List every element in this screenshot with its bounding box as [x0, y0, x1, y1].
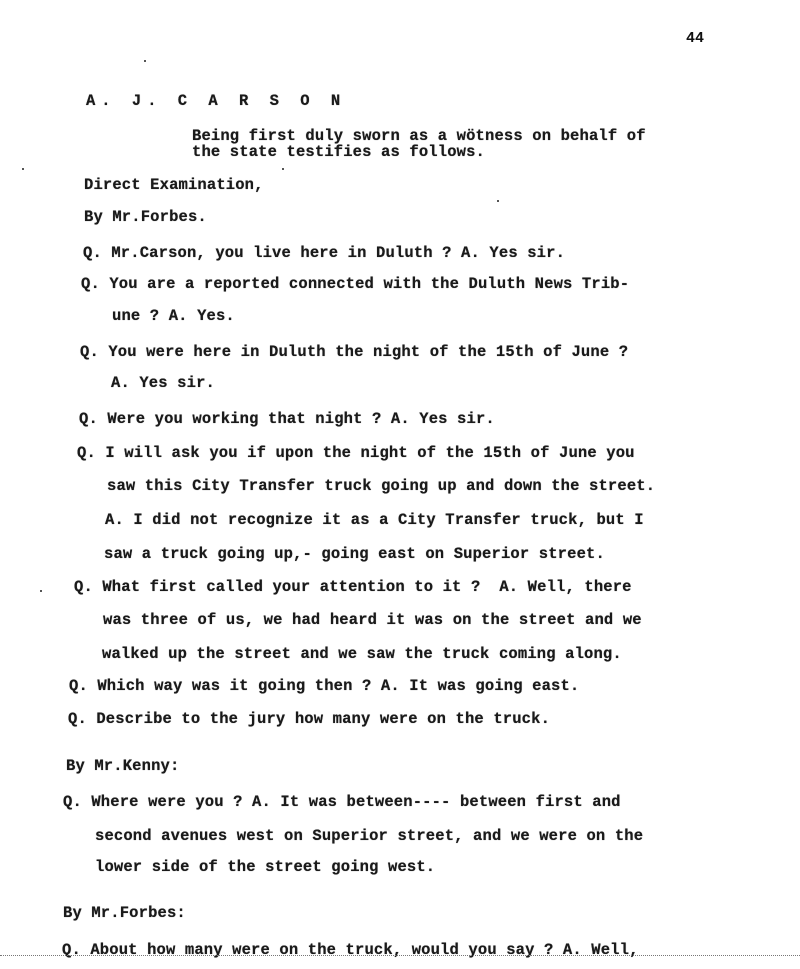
transcript-line: saw this City Transfer truck going up an…	[107, 477, 655, 495]
transcript-line: Q. You are a reported connected with the…	[81, 275, 629, 293]
transcript-line: Q. What first called your attention to i…	[74, 578, 632, 596]
scan-speck	[144, 60, 146, 62]
witness-name: A. J. C A R S O N	[86, 92, 346, 110]
heading-examiner-forbes: By Mr.Forbes.	[84, 208, 207, 226]
transcript-line: Q. Which way was it going then ? A. It w…	[69, 677, 579, 695]
transcript-line: walked up the street and we saw the truc…	[102, 645, 622, 663]
scan-speck	[40, 590, 42, 592]
transcript-line: saw a truck going up,- going east on Sup…	[104, 545, 605, 563]
transcript-line: was three of us, we had heard it was on …	[103, 611, 642, 629]
transcript-line: une ? A. Yes.	[112, 307, 235, 325]
transcript-page: 44 A. J. C A R S O N Being first duly sw…	[0, 0, 800, 969]
transcript-line: lower side of the street going west.	[95, 858, 435, 876]
scan-speck	[497, 200, 499, 202]
transcript-line: Q. About how many were on the truck, wou…	[62, 941, 639, 959]
transcript-line: Q. Mr.Carson, you live here in Duluth ? …	[83, 244, 565, 262]
transcript-line: Q. Where were you ? A. It was between---…	[63, 793, 621, 811]
transcript-line: A. Yes sir.	[111, 374, 215, 392]
transcript-line: second avenues west on Superior street, …	[95, 827, 643, 845]
heading-examiner-kenny: By Mr.Kenny:	[66, 757, 179, 775]
transcript-line: Q. I will ask you if upon the night of t…	[77, 444, 635, 462]
witness-intro-line-2: the state testifies as follows.	[192, 143, 485, 161]
scan-speck	[22, 168, 24, 170]
heading-examiner-forbes-2: By Mr.Forbes:	[63, 904, 186, 922]
transcript-line: Q. Were you working that night ? A. Yes …	[79, 410, 495, 428]
scan-speck	[282, 168, 284, 170]
heading-direct-examination: Direct Examination,	[84, 176, 264, 194]
page-number: 44	[686, 30, 704, 47]
transcript-line: Q. Describe to the jury how many were on…	[68, 710, 550, 728]
transcript-line: A. I did not recognize it as a City Tran…	[105, 511, 644, 529]
transcript-line: Q. You were here in Duluth the night of …	[80, 343, 628, 361]
scan-edge-rule	[0, 955, 800, 956]
